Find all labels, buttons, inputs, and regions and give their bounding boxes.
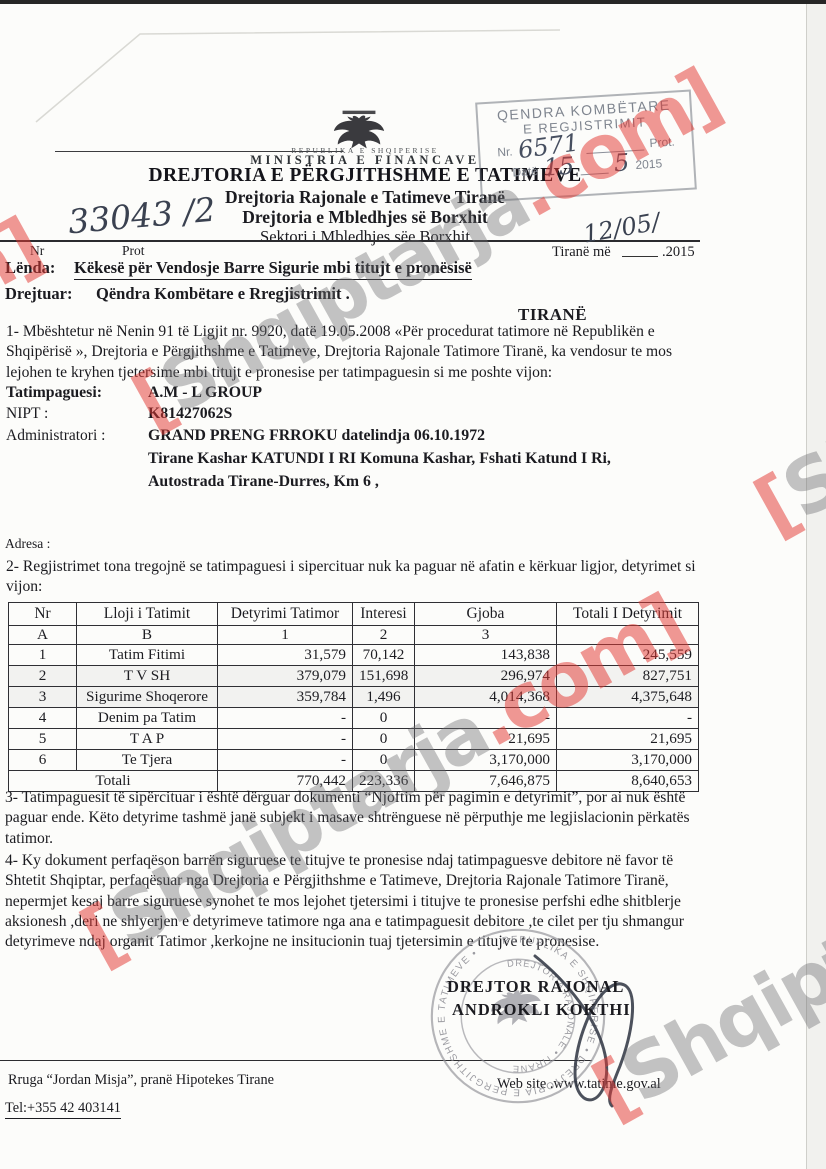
cell-tax-type: Tatim Fitimi — [77, 645, 218, 666]
table-row: 5 T A P - 0 21,695 21,695 — [9, 729, 699, 750]
registry-office-stamp: QENDRA KOMBËTARE E REGJISTRIMIT Nr. 6571… — [475, 90, 697, 203]
cell-fine: 3,170,000 — [415, 750, 557, 771]
scanned-tax-document: REPUBLIKA E SHQIPERISE MINISTRIA E FINAN… — [0, 0, 826, 1169]
scan-edge-right — [806, 0, 826, 1169]
signer-title: DREJTOR RAJONAL — [447, 977, 624, 997]
footer-phone: Tel:+355 42 403141 — [5, 1100, 121, 1119]
cell-fine: 4,014,368 — [415, 687, 557, 708]
cell-obligation: 359,784 — [218, 687, 353, 708]
cell-nr: 4 — [9, 708, 77, 729]
cell-nr: 2 — [9, 666, 77, 687]
cell-tax-type: T V SH — [77, 666, 218, 687]
cell-interest: 1,496 — [353, 687, 415, 708]
addressee-text: Qëndra Kombëtare e Rregjistrimit . — [96, 284, 350, 304]
cell-fine: - — [415, 708, 557, 729]
table-row: 2 T V SH 379,079 151,698 296,974 827,751 — [9, 666, 699, 687]
cell-nr: 5 — [9, 729, 77, 750]
col-header-nr: Nr — [9, 603, 77, 626]
table-row: 3 Sigurime Shoqerore 359,784 1,496 4,014… — [9, 687, 699, 708]
city-date-label: Tiranë më — [552, 244, 611, 261]
cell-tax-type: Te Tjera — [77, 750, 218, 771]
table-row: 4 Denim pa Tatim - 0 - - — [9, 708, 699, 729]
paragraph-2: 2- Regjistrimet tona tregojnë se tatimpa… — [6, 557, 706, 598]
cell-interest: 70,142 — [353, 645, 415, 666]
cell-total: 827,751 — [557, 666, 699, 687]
stamp-date-line — [581, 173, 609, 176]
taxpayer-address-line2: Autostrada Tirane-Durres, Km 6 , — [148, 473, 379, 491]
year-printed: .2015 — [662, 244, 695, 261]
cell-nr: 6 — [9, 750, 77, 771]
stamp-nr-handwritten: 6571 — [517, 133, 580, 160]
cell-total: 3,170,000 — [557, 750, 699, 771]
footer-address: Rruga “Jordan Misja”, pranë Hipotekes Ti… — [8, 1072, 274, 1089]
date-blank-line — [622, 256, 658, 257]
cell-total: - — [557, 708, 699, 729]
cell-total: 245,559 — [557, 645, 699, 666]
cell-fine: 21,695 — [415, 729, 557, 750]
col-header-interest: Interesi — [353, 603, 415, 626]
subheader-1: 1 — [218, 626, 353, 645]
subheader-a: A — [9, 626, 77, 645]
stamp-date-month-handwritten: 5 — [614, 154, 630, 174]
nipt-value: K81427062S — [148, 405, 232, 423]
col-header-fine: Gjoba — [415, 603, 557, 626]
signer-name: ANDROKLI KOKTHI — [452, 1000, 631, 1020]
col-header-tax-obligation: Detyrimi Tatimor — [218, 603, 353, 626]
col-header-total: Totali I Detyrimit — [557, 603, 699, 626]
stamp-prot-label: Prot. — [649, 135, 675, 151]
taxpayer-value: A.M - L GROUP — [148, 384, 262, 402]
subheader-b: B — [77, 626, 218, 645]
administrator-label: Administratori : — [6, 427, 105, 445]
subject-label: Lënda: — [5, 258, 55, 278]
prot-label: Prot — [122, 243, 145, 259]
scan-edge-top — [0, 0, 826, 4]
cell-total: 21,695 — [557, 729, 699, 750]
cell-fine: 143,838 — [415, 645, 557, 666]
cell-tax-type: Denim pa Tatim — [77, 708, 218, 729]
subheader-3: 3 — [415, 626, 557, 645]
paragraph-1: 1- Mbështetur në Nenin 91 të Ligjit nr. … — [6, 322, 708, 383]
cell-total: 4,375,648 — [557, 687, 699, 708]
cell-tax-type: Sigurime Shoqerore — [77, 687, 218, 708]
cell-tax-type: T A P — [77, 729, 218, 750]
cell-obligation: - — [218, 750, 353, 771]
cell-fine: 296,974 — [415, 666, 557, 687]
watermark-bracket: [ — [740, 458, 811, 551]
table-header-row: Nr Lloji i Tatimit Detyrimi Tatimor Inte… — [9, 603, 699, 626]
cell-interest: 0 — [353, 729, 415, 750]
stamp-nr-label: Nr. — [497, 145, 513, 160]
eagle-emblem-icon — [330, 110, 388, 150]
stamp-date-year: 2015 — [635, 157, 663, 173]
taxpayer-label: Tatimpaguesi: — [6, 384, 102, 402]
cell-obligation: - — [218, 729, 353, 750]
table-row: 1 Tatim Fitimi 31,579 70,142 143,838 245… — [9, 645, 699, 666]
cell-interest: 0 — [353, 708, 415, 729]
signature — [490, 928, 705, 1128]
administrator-value: GRAND PRENG FRROKU datelindja 06.10.1972 — [148, 427, 485, 445]
nipt-label: NIPT : — [6, 405, 48, 423]
nr-label: Nr — [30, 243, 44, 259]
subheader-2: 2 — [353, 626, 415, 645]
cell-nr: 1 — [9, 645, 77, 666]
cell-interest: 0 — [353, 750, 415, 771]
debt-table: Nr Lloji i Tatimit Detyrimi Tatimor Inte… — [8, 602, 699, 792]
taxpayer-address-line1: Tirane Kashar KATUNDI I RI Komuna Kashar… — [148, 450, 611, 468]
cell-obligation: 379,079 — [218, 666, 353, 687]
col-header-tax-type: Lloji i Tatimit — [77, 603, 218, 626]
cell-interest: 151,698 — [353, 666, 415, 687]
subheader-blank — [557, 626, 699, 645]
stamp-date-label: Datë — [512, 164, 538, 180]
paragraph-3: 3- Tatimpaguesit të sipërcituar i është … — [5, 788, 711, 849]
cell-obligation: - — [218, 708, 353, 729]
subject-text: Këkesë për Vendosje Barre Sigurie mbi ti… — [74, 258, 472, 280]
cell-obligation: 31,579 — [218, 645, 353, 666]
addressee-label: Drejtuar: — [5, 284, 73, 304]
table-row: 6 Te Tjera - 0 3,170,000 3,170,000 — [9, 750, 699, 771]
cell-nr: 3 — [9, 687, 77, 708]
adresa-label: Adresa : — [5, 536, 50, 552]
table-subheader-row: A B 1 2 3 — [9, 626, 699, 645]
